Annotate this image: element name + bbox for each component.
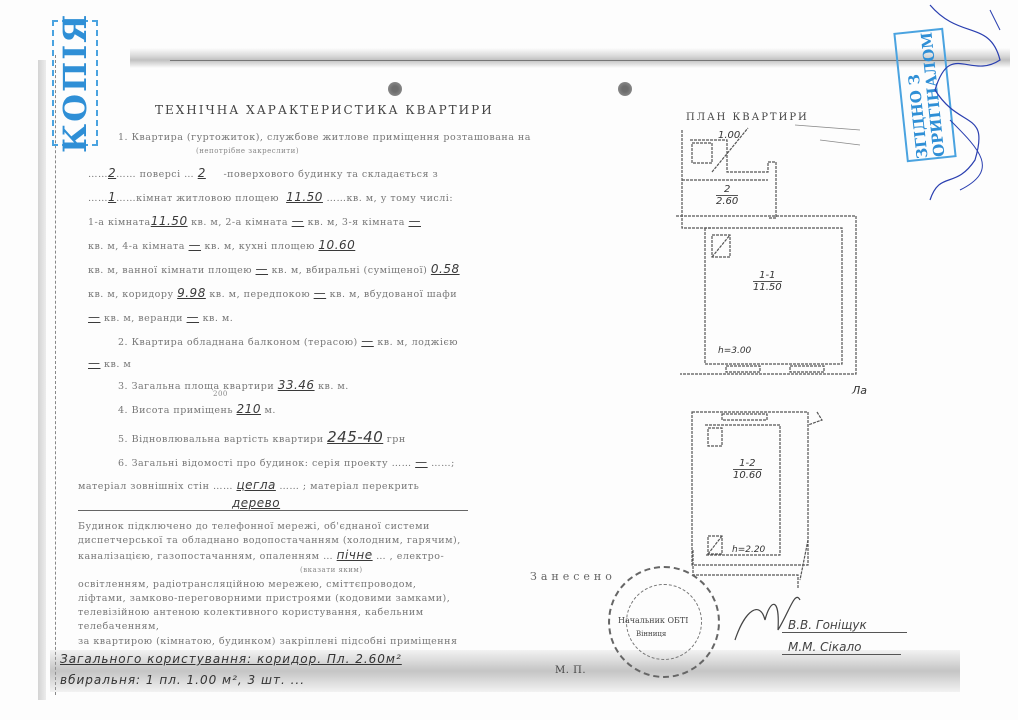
signature-2: М.М. Сікало (782, 640, 901, 655)
document-page: КОПІЯ ЗГІДНО З ОРИГІНАЛОМ ТЕХНІЧНА ХАРАК… (0, 0, 1018, 720)
signature-icon (0, 0, 1018, 720)
signature-1: В.В. Гоніщук (782, 618, 907, 633)
mp-label: М. П. (555, 665, 586, 676)
